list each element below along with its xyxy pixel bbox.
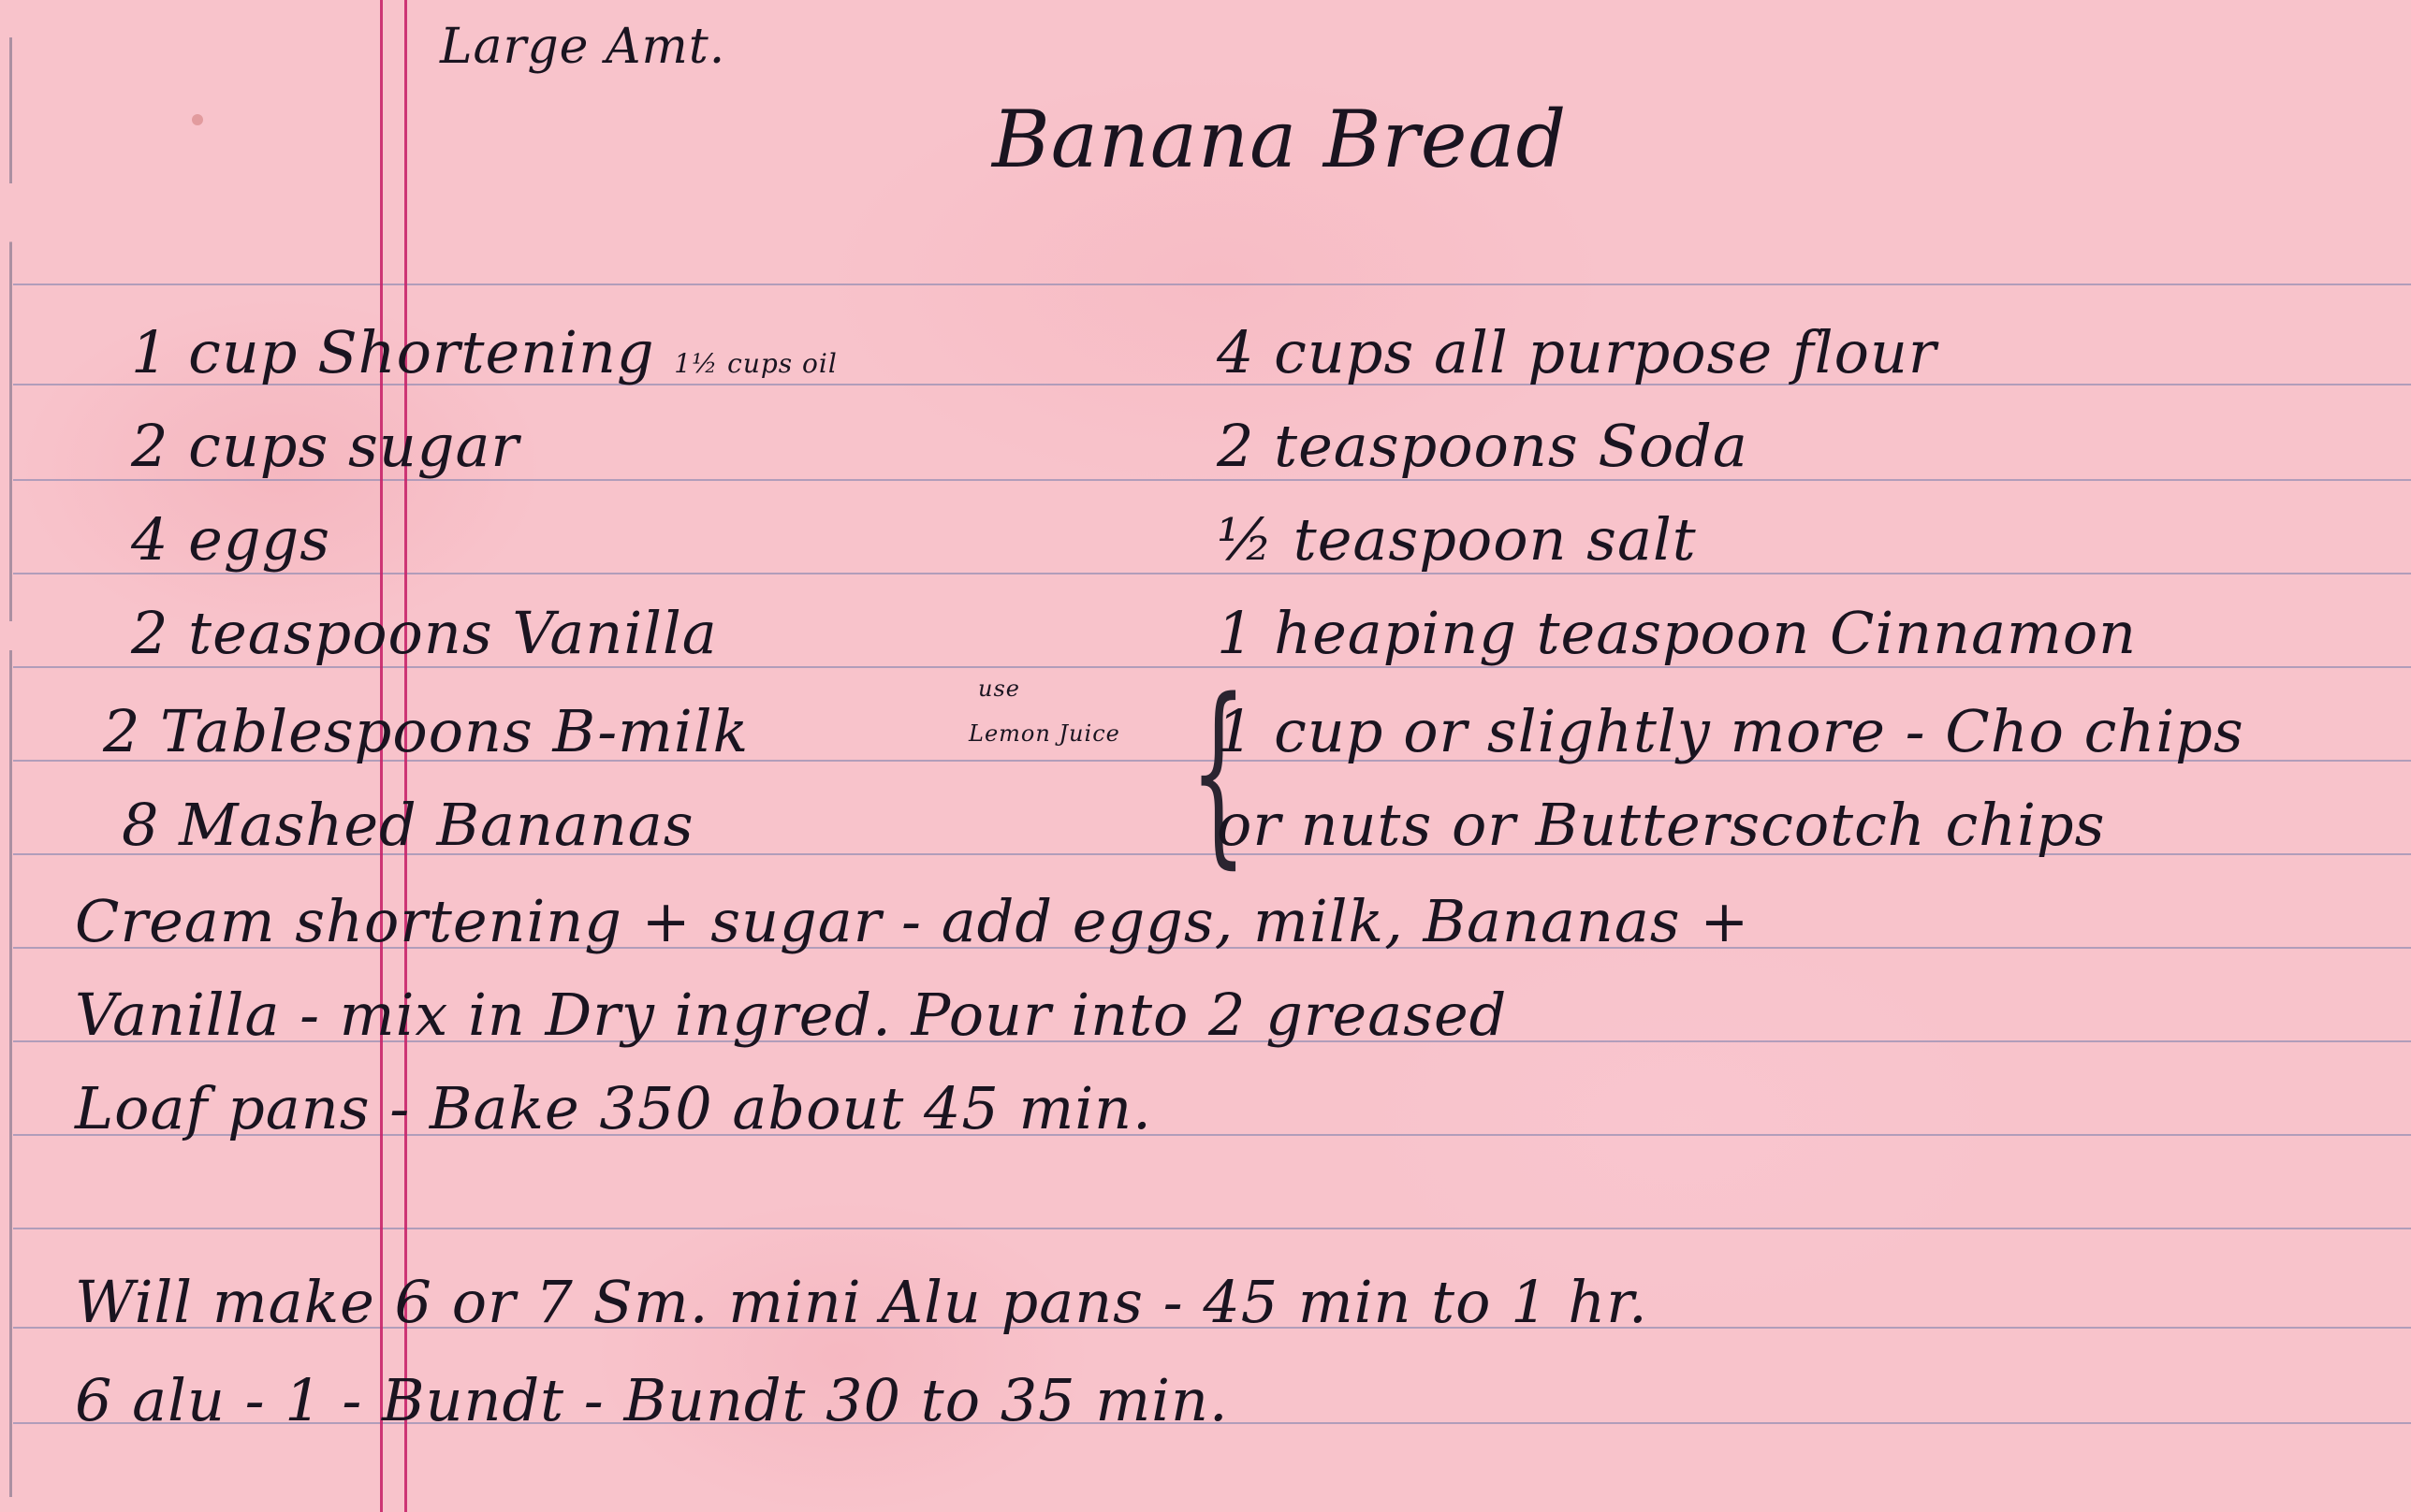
- paper-stain: [192, 114, 203, 125]
- ingredient-right-3: ½ teaspoon salt: [1217, 505, 1697, 574]
- ingredient-left-1: 1 cup Shortening 1½ cups oil: [131, 318, 838, 386]
- ingredient-left-3: 4 eggs: [131, 505, 330, 574]
- ingredient-note: Lemon Juice: [969, 720, 1120, 747]
- rule-line: [13, 573, 2411, 574]
- ingredient-text: 1 cup Shortening: [131, 318, 655, 386]
- recipe-card: Large Amt. Banana Bread 1 cup Shortening…: [0, 0, 2411, 1512]
- ingredient-right-2: 2 teaspoons Soda: [1217, 412, 1748, 480]
- recipe-title: Banana Bread: [992, 94, 1567, 185]
- instruction-line-3: Loaf pans - Bake 350 about 45 min.: [75, 1074, 1152, 1142]
- ingredient-left-5: 2 Tablespoons B-milk: [103, 697, 749, 765]
- ingredient-right-4: 1 heaping teaspoon Cinnamon: [1217, 599, 2137, 667]
- ingredient-left-4: 2 teaspoons Vanilla: [131, 599, 718, 667]
- ingredient-left-6: 8 Mashed Bananas: [122, 791, 694, 859]
- ingredient-right-5: 1 cup or slightly more - Cho chips: [1217, 697, 2244, 765]
- ingredient-note-top: use: [978, 676, 1020, 702]
- ingredient-note: 1½ cups oil: [674, 348, 838, 379]
- rule-line: [13, 283, 2411, 285]
- header-note: Large Amt.: [440, 19, 725, 75]
- paper-edge: [9, 37, 12, 1497]
- instruction-line-1: Cream shortening + sugar - add eggs, mil…: [75, 887, 1749, 955]
- ingredient-left-2: 2 cups sugar: [131, 412, 519, 480]
- instruction-line-2: Vanilla - mix in Dry ingred. Pour into 2…: [75, 981, 1507, 1049]
- footnote-line-2: 6 alu - 1 - Bundt - Bundt 30 to 35 min.: [75, 1366, 1229, 1434]
- footnote-line-1: Will make 6 or 7 Sm. mini Alu pans - 45 …: [75, 1268, 1648, 1336]
- rule-line: [13, 1228, 2411, 1229]
- ingredient-right-1: 4 cups all purpose flour: [1217, 318, 1937, 386]
- ingredient-right-6: or nuts or Butterscotch chips: [1217, 791, 2105, 859]
